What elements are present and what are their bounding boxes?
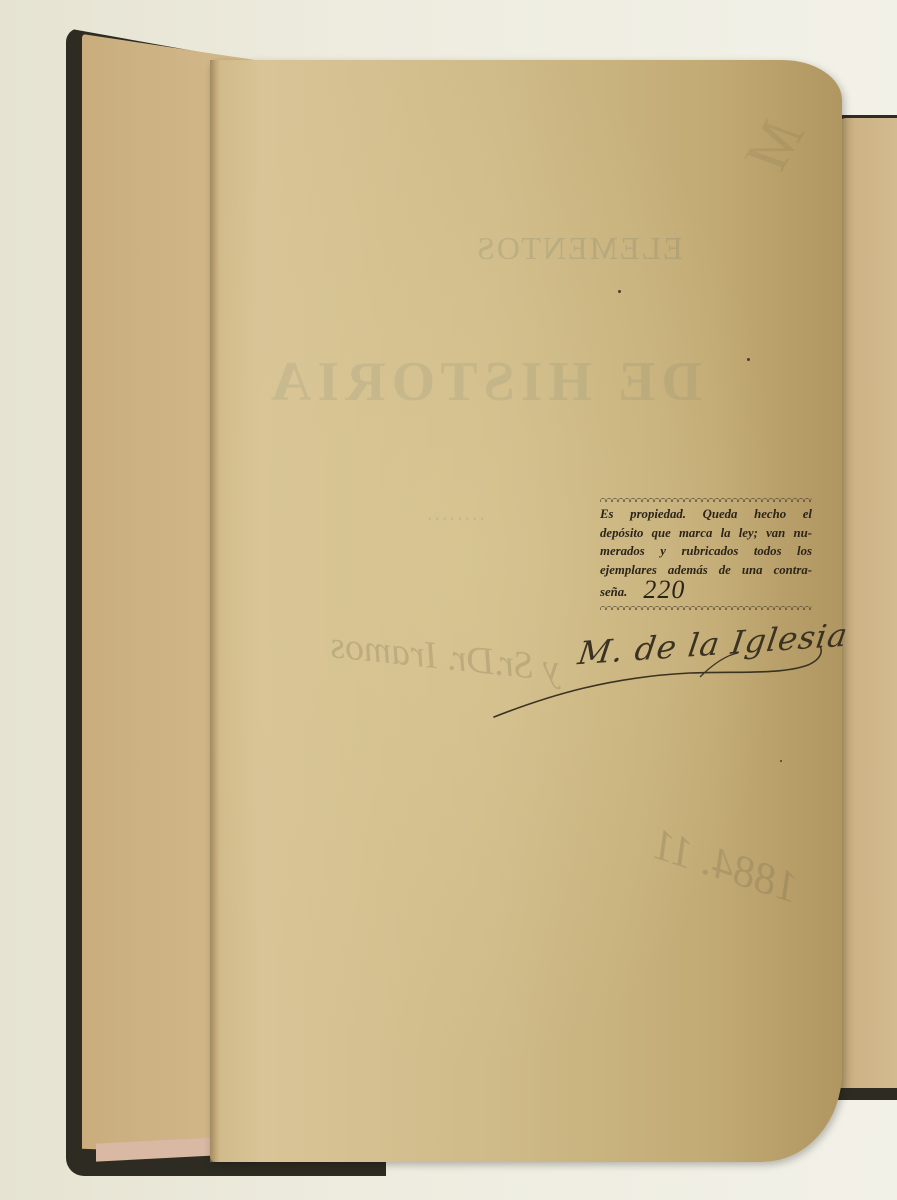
paper-speck: [780, 760, 782, 762]
show-through-corner-mark: M: [733, 106, 818, 184]
show-through-heading: DE HISTORIA: [265, 350, 702, 414]
wavy-rule-bottom: [600, 605, 812, 610]
notice-line: Es propiedad. Queda hecho el: [600, 505, 812, 524]
paper-speck: [618, 290, 621, 293]
show-through-title: ELEMENTOS: [475, 230, 683, 267]
book-photo: ELEMENTOS DE HISTORIA ........ y Sr.Dr. …: [0, 0, 897, 1200]
notice-last-word: seña.: [600, 585, 627, 599]
copyright-notice: Es propiedad. Queda hecho el depósito qu…: [600, 497, 812, 610]
show-through-date: 1884. 11: [646, 818, 805, 913]
page-right: [838, 118, 897, 1088]
notice-line: merados y rubricados todos los: [600, 542, 812, 561]
handwritten-copy-number: 220: [643, 575, 685, 604]
notice-line-last: seña.220: [600, 579, 812, 602]
notice-line: depósito que marca la ley; van nu-: [600, 524, 812, 543]
show-through-subheading: ........: [425, 500, 485, 526]
wavy-rule-top: [600, 497, 812, 502]
title-page-verso: ELEMENTOS DE HISTORIA ........ y Sr.Dr. …: [210, 60, 842, 1162]
signature-flourish-icon: [490, 625, 830, 735]
signature: M. de la Iglesia: [490, 625, 830, 735]
notice-line: ejemplares además de una contra-: [600, 561, 812, 580]
paper-speck: [747, 358, 750, 361]
